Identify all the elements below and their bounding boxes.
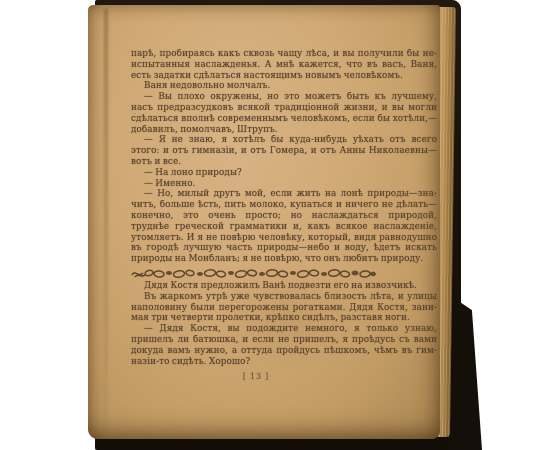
text-line: читъ, больше ѣсть, пить молоко, купаться… [131, 200, 437, 211]
text-line: конечно, это очень просто; но наслаждать… [131, 211, 437, 222]
text-line: — Вы плохо окружены, но это можетъ быть … [131, 92, 437, 103]
text-line: назіи-то сидѣть. Хорошо? [131, 357, 437, 368]
text-line: насъ предразсудковъ всякой традиціонной … [131, 103, 437, 114]
chain-ornament-icon [131, 266, 377, 281]
text-line: труднѣе греческой грамматики и, какъ вся… [131, 222, 437, 233]
text-line: сдѣлаться вполнѣ современнымъ человѣкомъ… [131, 114, 437, 125]
text-line: — Я не знаю, я хотѣлъ бы куда-нибудь уѣх… [131, 135, 437, 146]
text-line: вотъ и все. [131, 157, 437, 168]
text-line: Въ жаркомъ утрѣ уже чувствовалась близос… [131, 292, 437, 303]
chain-ornament [131, 266, 437, 279]
text-line: въ городѣ лучшую часть природы—небо и во… [131, 243, 437, 254]
text-line: — На лоно природы? [131, 168, 437, 179]
gutter-crease-shadow [104, 9, 108, 429]
text-line: мая три четверти пролетки, крѣпко сидѣлъ… [131, 313, 437, 324]
text-line: — Но, милый другъ мой, если жить на лонѣ… [131, 189, 437, 200]
text-line: испытанныя наслажденья. А мнѣ кажется, ч… [131, 60, 437, 71]
page-text: парѣ, пробираясь какъ сквозь чащу лѣса, … [131, 49, 437, 381]
text-line: Дядя Костя предложилъ Ванѣ подвезти его … [131, 281, 437, 292]
text-line: — Именно. [131, 179, 437, 190]
text-line: докуда вамъ нужно, а оттуда пройдусь пѣш… [131, 346, 437, 357]
text-section-after-ornament: Дядя Костя предложилъ Ванѣ подвезти его … [131, 281, 437, 367]
book-page: парѣ, пробираясь какъ сквозь чащу лѣса, … [88, 5, 440, 439]
text-line: пришелъ ли батюшка, и если не пришелъ, я… [131, 335, 437, 346]
page-number: [ 13 ] [103, 372, 409, 381]
text-line: утомляетъ. И я не повѣрю человѣку, котор… [131, 233, 437, 244]
text-section-before-ornament: парѣ, пробираясь какъ сквозь чащу лѣса, … [131, 49, 437, 265]
text-line: наполовину были перегорожены рогатками. … [131, 303, 437, 314]
text-line: добавилъ, помолчавъ, Штрупъ. [131, 125, 437, 136]
text-line: Ваня недовольно молчалъ. [131, 81, 437, 92]
text-line: — Дядя Костя, вы подождите немного, я то… [131, 324, 437, 335]
text-line: парѣ, пробираясь какъ сквозь чащу лѣса, … [131, 49, 437, 60]
text-line: этого: и отъ гимназіи, и отъ Гомера, и о… [131, 146, 437, 157]
text-line: есть задатки сдѣлаться настоящимъ новымъ… [131, 71, 437, 82]
photo-canvas: парѣ, пробираясь какъ сквозь чащу лѣса, … [0, 0, 550, 450]
text-line: природы на Монбланъ; я не повѣрю, что он… [131, 254, 437, 265]
